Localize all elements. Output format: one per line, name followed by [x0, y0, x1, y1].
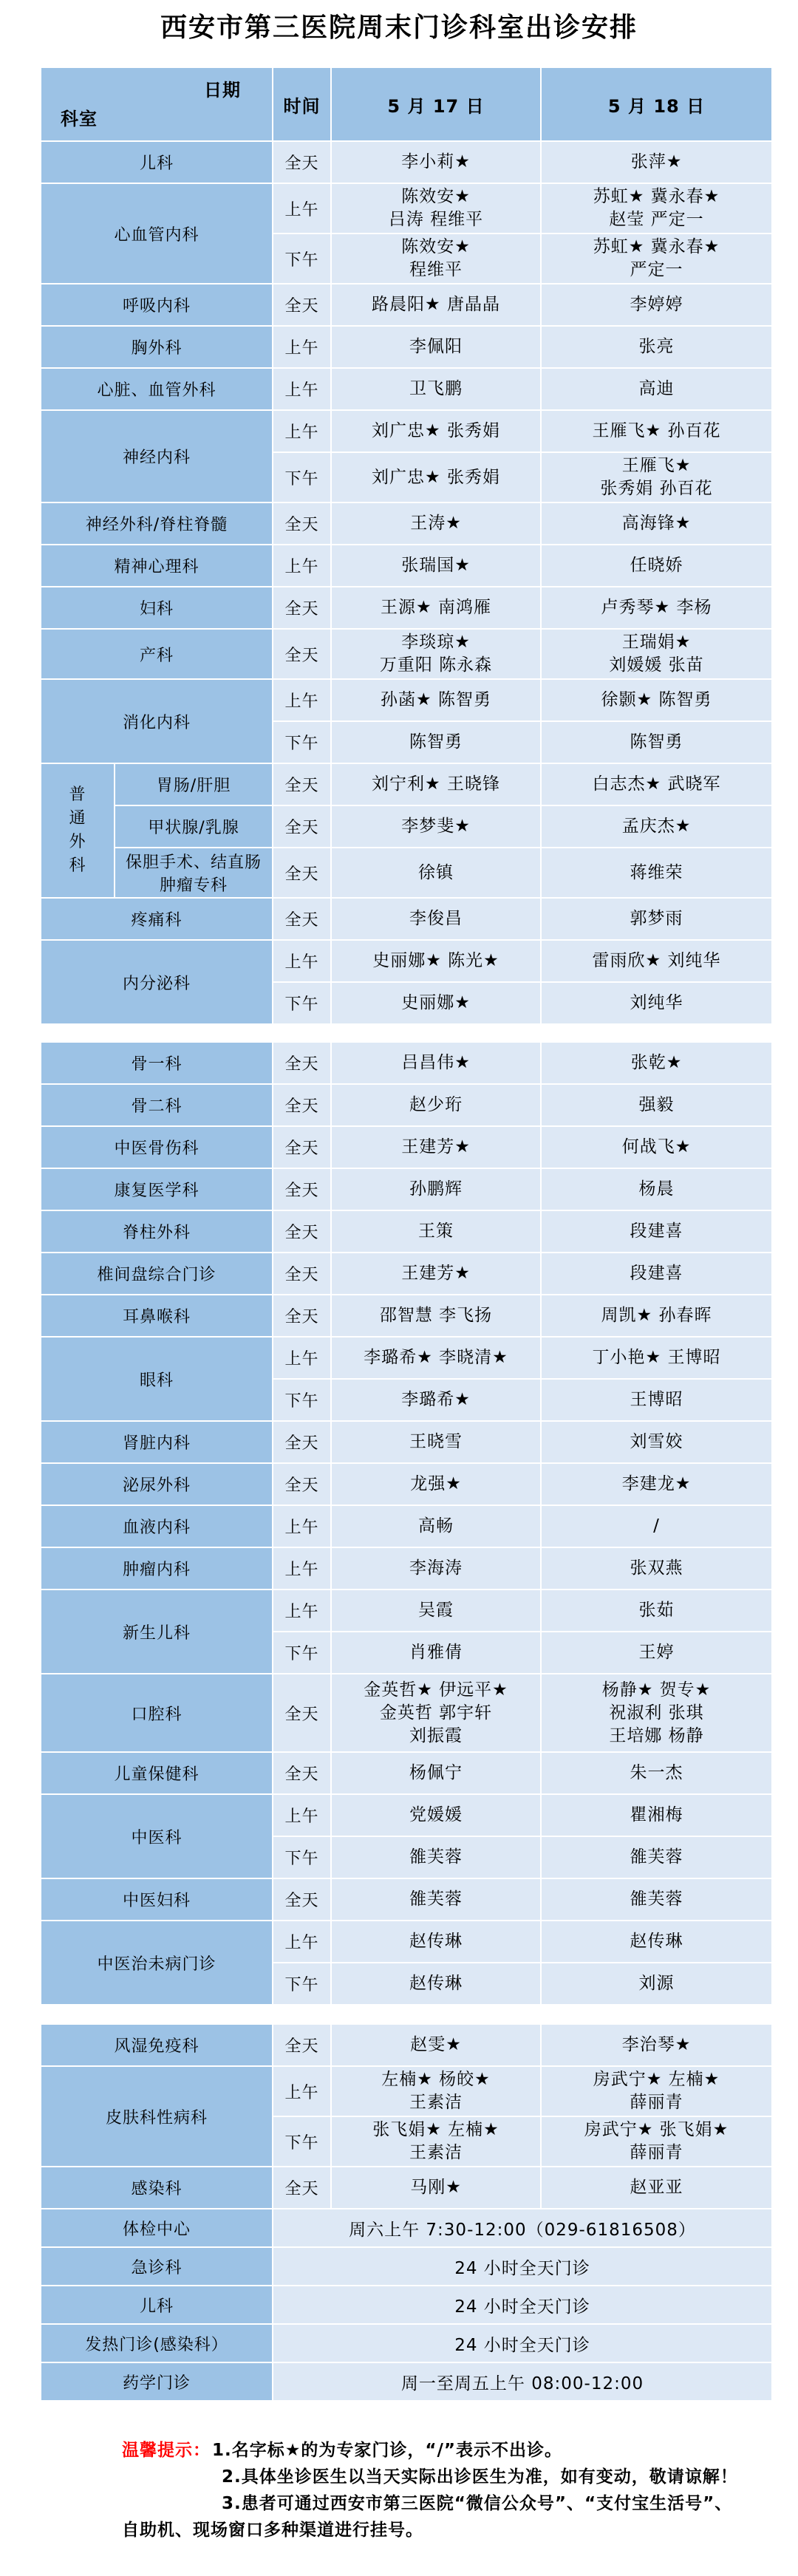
doctors-may18-cell: 杨晨: [541, 1168, 772, 1210]
doctors-may18-cell: 苏虹★ 冀永春★严定一: [541, 234, 772, 284]
schedule-span-cell: 24 小时全天门诊: [273, 2247, 772, 2286]
note-line: 温馨提示： 1.名字标★的为专家门诊，“/”表示不出诊。: [122, 2437, 757, 2464]
doctors-may18-cell: 张萍★: [541, 141, 772, 183]
table-row: 发热门诊(感染科）24 小时全天门诊: [41, 2324, 772, 2362]
schedule-table-body: 儿科全天李小莉★张萍★心血管内科上午陈效安★吕涛 程维平苏虹★ 冀永春★赵莹 严…: [41, 141, 772, 1024]
doctors-may18-cell: 朱一杰: [541, 1752, 772, 1794]
doctors-may18-cell: 何战飞★: [541, 1126, 772, 1168]
time-cell: 全天: [273, 1042, 331, 1084]
department-cell: 椎间盘综合门诊: [41, 1253, 273, 1295]
doctor-name-line: 左楠★ 杨皎★: [335, 2068, 537, 2091]
doctor-name-line: 史丽娜★: [335, 992, 537, 1015]
doctors-may17-cell: 陈效安★吕涛 程维平: [331, 183, 541, 234]
time-cell: 全天: [273, 1752, 331, 1794]
doctor-name-line: 张飞娟★ 左楠★: [335, 2119, 537, 2141]
department-cell: 胸外科: [41, 326, 273, 368]
schedule-span-cell: 周六上午 7:30-12:00（029-61816508）: [273, 2209, 772, 2247]
doctor-name-line: 雷雨欣★ 刘纯华: [545, 950, 768, 972]
doctors-may18-cell: 段建喜: [541, 1253, 772, 1295]
doctors-may18-cell: 雒芙蓉: [541, 1878, 772, 1921]
doctors-may18-cell: 杨静★ 贺专★祝淑利 张琪王培娜 杨静: [541, 1674, 772, 1752]
doctors-may17-cell: 陈智勇: [331, 721, 541, 763]
schedule-span-cell: 24 小时全天门诊: [273, 2286, 772, 2324]
doctor-name-line: 周凯★ 孙春晖: [545, 1304, 768, 1327]
department-cell: 内分泌科: [41, 940, 273, 1024]
doctors-may17-cell: 马刚★: [331, 2167, 541, 2209]
doctors-may18-cell: 李婷婷: [541, 284, 772, 326]
time-cell: 下午: [273, 1379, 331, 1421]
doctor-name-line: 王晓雪: [335, 1431, 537, 1454]
doctor-name-line: 王培娜 杨静: [545, 1725, 768, 1748]
time-cell: 全天: [273, 2167, 331, 2209]
time-column-header: 时间: [273, 67, 331, 141]
may18-column-header: 5 月 18 日: [541, 67, 772, 141]
time-cell: 全天: [273, 1674, 331, 1752]
time-cell: 下午: [273, 234, 331, 284]
doctor-name-line: 陈智勇: [335, 731, 537, 754]
doctor-name-line: 王素洁: [335, 2141, 537, 2164]
time-cell: 上午: [273, 1505, 331, 1547]
table-row: 脊柱外科全天王策段建喜: [41, 1210, 772, 1253]
table-row: 儿科全天李小莉★张萍★: [41, 141, 772, 183]
table-row: 椎间盘综合门诊全天王建芳★段建喜: [41, 1253, 772, 1295]
doctors-may17-cell: 王策: [331, 1210, 541, 1253]
time-cell: 上午: [273, 545, 331, 587]
doctor-name-line: 赵传琳: [335, 1972, 537, 1995]
doctor-name-line: 史丽娜★ 陈光★: [335, 950, 537, 972]
doctors-may18-cell: 孟庆杰★: [541, 805, 772, 848]
table-row: 神经内科上午刘广忠★ 张秀娟王雁飞★ 孙百花: [41, 410, 772, 452]
doctors-may17-cell: 路晨阳★ 唐晶晶: [331, 284, 541, 326]
department-cell: 肾脏内科: [41, 1421, 273, 1463]
time-cell: 全天: [273, 1084, 331, 1126]
time-cell: 全天: [273, 1878, 331, 1921]
table-row: 心血管内科上午陈效安★吕涛 程维平苏虹★ 冀永春★赵莹 严定一: [41, 183, 772, 234]
table-row: 耳鼻喉科全天邵智慧 李飞扬周凯★ 孙春晖: [41, 1295, 772, 1337]
doctor-name-line: 吕涛 程维平: [335, 208, 537, 231]
doctors-may18-cell: 王雁飞★张秀娟 孙百花: [541, 452, 772, 502]
department-cell: 康复医学科: [41, 1168, 273, 1210]
doctor-name-line: 郭梦雨: [545, 907, 768, 930]
doctors-may17-cell: 孙鹏辉: [331, 1168, 541, 1210]
time-cell: 下午: [273, 452, 331, 502]
doctor-name-line: 雒芙蓉: [545, 1846, 768, 1869]
doctors-may18-cell: 雒芙蓉: [541, 1836, 772, 1878]
time-cell: 全天: [273, 1210, 331, 1253]
time-cell: 上午: [273, 1921, 331, 1963]
doctor-name-line: 张亮: [545, 335, 768, 358]
table-row: 内分泌科上午史丽娜★ 陈光★雷雨欣★ 刘纯华: [41, 940, 772, 982]
doctors-may17-cell: 吕昌伟★: [331, 1042, 541, 1084]
doctors-may17-cell: 孙菡★ 陈智勇: [331, 679, 541, 721]
doctors-may18-cell: 王博昭: [541, 1379, 772, 1421]
department-cell: 感染科: [41, 2167, 273, 2209]
department-cell: 发热门诊(感染科）: [41, 2324, 273, 2362]
table-row: 呼吸内科全天路晨阳★ 唐晶晶李婷婷: [41, 284, 772, 326]
doctors-may18-cell: 李建龙★: [541, 1463, 772, 1505]
doctor-name-line: 段建喜: [545, 1262, 768, 1285]
doctor-name-line: 王源★ 南鸿雁: [335, 596, 537, 619]
department-cell: 精神心理科: [41, 545, 273, 587]
note-item-2: 2.具体坐诊医生以当天实际出诊医生为准，如有变动，敬请谅解！: [222, 2464, 738, 2490]
doctor-name-line: 李璐希★ 李晓清★: [335, 1346, 537, 1369]
department-cell: 儿科: [41, 141, 273, 183]
may17-column-header: 5 月 17 日: [331, 67, 541, 141]
doctor-name-line: 刘雪姣: [545, 1431, 768, 1454]
doctor-name-line: 肖雅倩: [335, 1641, 537, 1664]
doctor-name-line: 王博昭: [545, 1388, 768, 1411]
department-cell: 儿科: [41, 2286, 273, 2324]
table-row: 眼科上午李璐希★ 李晓清★丁小艳★ 王博昭: [41, 1337, 772, 1379]
time-cell: 上午: [273, 1547, 331, 1589]
doctor-name-line: 王雁飞★: [545, 454, 768, 477]
doctor-name-line: 苏虹★ 冀永春★: [545, 236, 768, 259]
doctors-may17-cell: 王建芳★: [331, 1253, 541, 1295]
doctor-name-line: 张双燕: [545, 1557, 768, 1580]
time-cell: 全天: [273, 805, 331, 848]
doctor-name-line: 孙鹏辉: [335, 1178, 537, 1201]
doctor-name-line: 陈效安★: [335, 185, 537, 208]
table-row: 中医科上午党媛媛瞿湘梅: [41, 1794, 772, 1836]
doctor-name-line: 刘媛媛 张苗: [545, 654, 768, 677]
doctors-may18-cell: 陈智勇: [541, 721, 772, 763]
time-cell: 上午: [273, 2066, 331, 2116]
department-cell: 产科: [41, 629, 273, 679]
doctors-may18-cell: 郭梦雨: [541, 898, 772, 940]
doctor-name-line: 孙菡★ 陈智勇: [335, 689, 537, 712]
table-row: 儿童保健科全天杨佩宁朱一杰: [41, 1752, 772, 1794]
doctor-name-line: 高迪: [545, 378, 768, 401]
doctor-name-line: 房武宁★ 左楠★: [545, 2068, 768, 2091]
doctor-name-line: 卫飞鹏: [335, 378, 537, 401]
doctor-name-line: 程维平: [335, 259, 537, 282]
time-cell: 上午: [273, 679, 331, 721]
group-label-char: 科: [41, 854, 114, 878]
doctors-may18-cell: 周凯★ 孙春晖: [541, 1295, 772, 1337]
doctor-name-line: 祝淑利 张琪: [545, 1702, 768, 1725]
time-cell: 全天: [273, 1421, 331, 1463]
group-label-char: 通: [41, 807, 114, 831]
department-cell: 中医妇科: [41, 1878, 273, 1921]
doctors-may17-cell: 王建芳★: [331, 1126, 541, 1168]
table-row: 产科全天李琰琼★万重阳 陈永森王瑞娟★刘媛媛 张苗: [41, 629, 772, 679]
doctor-name-line: 雒芙蓉: [335, 1846, 537, 1869]
department-cell: 血液内科: [41, 1505, 273, 1547]
department-cell: 风湿免疫科: [41, 2024, 273, 2066]
table-row: 皮肤科性病科上午左楠★ 杨皎★王素洁房武宁★ 左楠★薛丽青: [41, 2066, 772, 2116]
doctors-may18-cell: 赵传琳: [541, 1921, 772, 1963]
doctors-may17-cell: 王晓雪: [331, 1421, 541, 1463]
time-cell: 上午: [273, 1337, 331, 1379]
department-cell: 急诊科: [41, 2247, 273, 2286]
table-row: 感染科全天马刚★赵亚亚: [41, 2167, 772, 2209]
table-row: 风湿免疫科全天赵雯★李治琴★: [41, 2024, 772, 2066]
doctor-name-line: 段建喜: [545, 1220, 768, 1243]
doctor-name-line: 赵少珩: [335, 1094, 537, 1117]
department-cell: 儿童保健科: [41, 1752, 273, 1794]
doctors-may18-cell: 张茹: [541, 1589, 772, 1632]
department-cell: 骨一科: [41, 1042, 273, 1084]
doctor-name-line: 严定一: [545, 259, 768, 282]
doctors-may18-cell: 张乾★: [541, 1042, 772, 1084]
table-row: 儿科24 小时全天门诊: [41, 2286, 772, 2324]
department-cell: 神经外科/脊柱脊髓: [41, 502, 273, 545]
notes-section: 温馨提示： 1.名字标★的为专家门诊，“/”表示不出诊。 2.具体坐诊医生以当天…: [122, 2437, 757, 2543]
date-axis-label: 日期: [204, 75, 241, 101]
schedule-span-cell: 周一至周五上午 08:00-12:00: [273, 2362, 772, 2401]
doctors-may17-cell: 史丽娜★ 陈光★: [331, 940, 541, 982]
page-title: 西安市第三医院周末门诊科室出诊安排: [0, 10, 798, 46]
schedule-span-cell: 24 小时全天门诊: [273, 2324, 772, 2362]
group-label-char: 外: [41, 831, 114, 854]
doctor-name-line: 王雁飞★ 孙百花: [545, 420, 768, 443]
table-row: 甲状腺/乳腺全天李梦斐★孟庆杰★: [41, 805, 772, 848]
time-cell: 上午: [273, 183, 331, 234]
doctors-may17-cell: 吴霞: [331, 1589, 541, 1632]
doctors-may18-cell: 雷雨欣★ 刘纯华: [541, 940, 772, 982]
note-line: 自助机、现场窗口多种渠道进行挂号。: [122, 2517, 757, 2543]
doctors-may17-cell: 雒芙蓉: [331, 1836, 541, 1878]
note-item-1: 1.名字标★的为专家门诊，“/”表示不出诊。: [212, 2437, 562, 2464]
doctors-may18-cell: 李治琴★: [541, 2024, 772, 2066]
time-cell: 上午: [273, 368, 331, 410]
table-row: 疼痛科全天李俊昌郭梦雨: [41, 898, 772, 940]
doctors-may17-cell: 高畅: [331, 1505, 541, 1547]
doctors-may17-cell: 李佩阳: [331, 326, 541, 368]
department-cell: 疼痛科: [41, 898, 273, 940]
table-row: 精神心理科上午张瑞国★任晓娇: [41, 545, 772, 587]
doctors-may17-cell: 左楠★ 杨皎★王素洁: [331, 2066, 541, 2116]
department-cell: 中医治未病门诊: [41, 1921, 273, 2005]
doctors-may17-cell: 雒芙蓉: [331, 1878, 541, 1921]
doctors-may17-cell: 李海涛: [331, 1547, 541, 1589]
header-row: 日期 科室 时间 5 月 17 日 5 月 18 日: [41, 67, 772, 141]
doctors-may18-cell: 白志杰★ 武晓军: [541, 763, 772, 805]
doctor-name-line: 刘广忠★ 张秀娟: [335, 420, 537, 443]
doctors-may17-cell: 赵传琳: [331, 1963, 541, 2005]
doctors-may17-cell: 王源★ 南鸿雁: [331, 587, 541, 629]
doctor-name-line: 王建芳★: [335, 1262, 537, 1285]
time-cell: 上午: [273, 326, 331, 368]
doctors-may17-cell: 刘广忠★ 张秀娟: [331, 452, 541, 502]
doctors-may17-cell: 史丽娜★: [331, 982, 541, 1024]
doctor-name-line: 赵莹 严定一: [545, 208, 768, 231]
table-row: 骨二科全天赵少珩强毅: [41, 1084, 772, 1126]
doctor-name-line: 金英哲 郭宇轩: [335, 1702, 537, 1725]
doctors-may17-cell: 张瑞国★: [331, 545, 541, 587]
doctors-may17-cell: 陈效安★程维平: [331, 234, 541, 284]
doctor-name-line: 刘振霞: [335, 1725, 537, 1748]
table-row: 胸外科上午李佩阳张亮: [41, 326, 772, 368]
doctors-may18-cell: 王雁飞★ 孙百花: [541, 410, 772, 452]
time-cell: 下午: [273, 2116, 331, 2167]
doctor-name-line: 李海涛: [335, 1557, 537, 1580]
table-row: 口腔科全天金英哲★ 伊远平★金英哲 郭宇轩刘振霞杨静★ 贺专★祝淑利 张琪王培娜…: [41, 1674, 772, 1752]
table-row: 中医妇科全天雒芙蓉雒芙蓉: [41, 1878, 772, 1921]
doctor-name-line: 徐镇: [335, 862, 537, 885]
table-row: 妇科全天王源★ 南鸿雁卢秀琴★ 李杨: [41, 587, 772, 629]
doctors-may17-cell: 金英哲★ 伊远平★金英哲 郭宇轩刘振霞: [331, 1674, 541, 1752]
doctors-may18-cell: 刘纯华: [541, 982, 772, 1024]
time-cell: 上午: [273, 940, 331, 982]
doctors-may17-cell: 杨佩宁: [331, 1752, 541, 1794]
doctors-may17-cell: 李俊昌: [331, 898, 541, 940]
doctor-name-line: 房武宁★ 张飞娟★: [545, 2119, 768, 2141]
doctor-name-line: 张瑞国★: [335, 554, 537, 577]
doctors-may18-cell: 张双燕: [541, 1547, 772, 1589]
doctor-name-line: 李俊昌: [335, 907, 537, 930]
doctor-name-line: 张秀娟 孙百花: [545, 477, 768, 500]
department-cell: 体检中心: [41, 2209, 273, 2247]
doctors-may18-cell: 刘雪姣: [541, 1421, 772, 1463]
table-row: 中医骨伤科全天王建芳★何战飞★: [41, 1126, 772, 1168]
doctor-name-line: 杨佩宁: [335, 1762, 537, 1785]
table-row: 血液内科上午高畅/: [41, 1505, 772, 1547]
doctors-may18-cell: /: [541, 1505, 772, 1547]
doctor-name-line: 赵传琳: [335, 1930, 537, 1953]
department-cell: 脊柱外科: [41, 1210, 273, 1253]
doctor-name-line: 张萍★: [545, 151, 768, 174]
time-cell: 上午: [273, 1794, 331, 1836]
doctor-name-line: 雒芙蓉: [545, 1888, 768, 1911]
table-row: 保胆手术、结直肠肿瘤专科全天徐镇蒋维荣: [41, 848, 772, 898]
table-row: 心脏、血管外科上午卫飞鹏高迪: [41, 368, 772, 410]
time-cell: 上午: [273, 410, 331, 452]
department-cell: 耳鼻喉科: [41, 1295, 273, 1337]
doctor-name-line: 张茹: [545, 1599, 768, 1622]
doctors-may17-cell: 赵传琳: [331, 1921, 541, 1963]
note-line: 3.患者可通过西安市第三医院“微信公众号”、“支付宝生活号”、: [122, 2490, 757, 2517]
table-row: 肾脏内科全天王晓雪刘雪姣: [41, 1421, 772, 1463]
doctors-may18-cell: 刘源: [541, 1963, 772, 2005]
doctor-name-line: 路晨阳★ 唐晶晶: [335, 293, 537, 316]
doctor-name-line: 丁小艳★ 王博昭: [545, 1346, 768, 1369]
doctor-name-line: 杨晨: [545, 1178, 768, 1201]
department-cell: 妇科: [41, 587, 273, 629]
doctor-name-line: 李建龙★: [545, 1473, 768, 1496]
schedule-poster: 西安市第三医院周末门诊科室出诊安排 日期 科室 时间 5 月 17 日 5 月 …: [0, 10, 798, 2543]
doctors-may17-cell: 赵雯★: [331, 2024, 541, 2066]
doctors-may17-cell: 邵智慧 李飞扬: [331, 1295, 541, 1337]
time-cell: 下午: [273, 1632, 331, 1674]
note-line: 2.具体坐诊医生以当天实际出诊医生为准，如有变动，敬请谅解！: [122, 2464, 757, 2490]
corner-cell: 日期 科室: [41, 67, 273, 141]
department-cell: 骨二科: [41, 1084, 273, 1126]
doctors-may18-cell: 赵亚亚: [541, 2167, 772, 2209]
table-row: 肿瘤内科上午李海涛张双燕: [41, 1547, 772, 1589]
doctor-name-line: 王婷: [545, 1641, 768, 1664]
doctor-name-line: 李婷婷: [545, 293, 768, 316]
doctor-name-line: 党媛媛: [335, 1804, 537, 1827]
doctors-may17-cell: 张飞娟★ 左楠★王素洁: [331, 2116, 541, 2167]
table-row: 体检中心周六上午 7:30-12:00（029-61816508）: [41, 2209, 772, 2247]
doctors-may17-cell: 刘宁利★ 王晓锋: [331, 763, 541, 805]
doctors-may18-cell: 高海锋★: [541, 502, 772, 545]
doctors-may18-cell: 房武宁★ 张飞娟★薛丽青: [541, 2116, 772, 2167]
department-cell: 消化内科: [41, 679, 273, 763]
doctor-name-line: 李治琴★: [545, 2034, 768, 2057]
doctors-may18-cell: 瞿湘梅: [541, 1794, 772, 1836]
doctor-name-line: 任晓娇: [545, 554, 768, 577]
doctors-may18-cell: 王婷: [541, 1632, 772, 1674]
department-cell: 眼科: [41, 1337, 273, 1421]
doctors-may18-cell: 王瑞娟★刘媛媛 张苗: [541, 629, 772, 679]
department-cell: 皮肤科性病科: [41, 2066, 273, 2167]
doctor-name-line: 陈效安★: [335, 236, 537, 259]
doctors-may17-cell: 李小莉★: [331, 141, 541, 183]
doctors-may18-cell: 高迪: [541, 368, 772, 410]
notes-label: 温馨提示：: [122, 2437, 211, 2464]
doctor-name-line: 万重阳 陈永森: [335, 654, 537, 677]
time-cell: 下午: [273, 721, 331, 763]
doctors-may18-cell: 苏虹★ 冀永春★赵莹 严定一: [541, 183, 772, 234]
time-cell: 全天: [273, 763, 331, 805]
doctor-name-line: 王建芳★: [335, 1136, 537, 1159]
group-label-char: 普: [41, 783, 114, 807]
doctors-may17-cell: 徐镇: [331, 848, 541, 898]
department-cell: 甲状腺/乳腺: [115, 805, 273, 848]
time-cell: 全天: [273, 898, 331, 940]
doctors-may17-cell: 李璐希★ 李晓清★: [331, 1337, 541, 1379]
doctor-name-line: 薛丽青: [545, 2141, 768, 2164]
doctors-may17-cell: 肖雅倩: [331, 1632, 541, 1674]
doctors-may17-cell: 赵少珩: [331, 1084, 541, 1126]
time-cell: 全天: [273, 629, 331, 679]
time-cell: 全天: [273, 1295, 331, 1337]
table-row: 普通外科胃肠/肝胆全天刘宁利★ 王晓锋白志杰★ 武晓军: [41, 763, 772, 805]
doctors-may18-cell: 丁小艳★ 王博昭: [541, 1337, 772, 1379]
doctor-name-line: 刘纯华: [545, 992, 768, 1015]
table-row: 骨一科全天吕昌伟★张乾★: [41, 1042, 772, 1084]
doctor-name-line: 白志杰★ 武晓军: [545, 773, 768, 796]
doctor-name-line: 何战飞★: [545, 1136, 768, 1159]
time-cell: 全天: [273, 1463, 331, 1505]
doctors-may18-cell: 段建喜: [541, 1210, 772, 1253]
doctor-name-line: 刘广忠★ 张秀娟: [335, 466, 537, 489]
table-row: 新生儿科上午吴霞张茹: [41, 1589, 772, 1632]
doctor-name-line: 张乾★: [545, 1052, 768, 1074]
doctor-name-line: 李小莉★: [335, 151, 537, 174]
doctors-may17-cell: 卫飞鹏: [331, 368, 541, 410]
doctors-may18-cell: 强毅: [541, 1084, 772, 1126]
department-cell: 口腔科: [41, 1674, 273, 1752]
doctor-name-line: 马刚★: [335, 2176, 537, 2199]
time-cell: 上午: [273, 1589, 331, 1632]
department-cell: 心脏、血管外科: [41, 368, 273, 410]
doctor-name-line: 高海锋★: [545, 512, 768, 535]
note-item-3-continued: 自助机、现场窗口多种渠道进行挂号。: [122, 2517, 423, 2543]
table-row: 康复医学科全天孙鹏辉杨晨: [41, 1168, 772, 1210]
doctor-name-line: 王策: [335, 1220, 537, 1243]
doctors-may18-cell: 蒋维荣: [541, 848, 772, 898]
time-cell: 全天: [273, 2024, 331, 2066]
doctor-name-line: 李璐希★: [335, 1388, 537, 1411]
doctor-name-line: 刘宁利★ 王晓锋: [335, 773, 537, 796]
doctors-may18-cell: 张亮: [541, 326, 772, 368]
department-cell: 泌尿外科: [41, 1463, 273, 1505]
table-row: 药学门诊周一至周五上午 08:00-12:00: [41, 2362, 772, 2401]
doctor-name-line: 邵智慧 李飞扬: [335, 1304, 537, 1327]
doctor-name-line: 苏虹★ 冀永春★: [545, 185, 768, 208]
doctor-name-line: 蒋维荣: [545, 862, 768, 885]
doctors-may18-cell: 徐颢★ 陈智勇: [541, 679, 772, 721]
doctors-may17-cell: 李梦斐★: [331, 805, 541, 848]
table-row: 泌尿外科全天龙强★李建龙★: [41, 1463, 772, 1505]
schedule-table-body: 风湿免疫科全天赵雯★李治琴★皮肤科性病科上午左楠★ 杨皎★王素洁房武宁★ 左楠★…: [41, 2024, 772, 2401]
time-cell: 全天: [273, 848, 331, 898]
doctor-name-line: 赵传琳: [545, 1930, 768, 1953]
doctors-may18-cell: 任晓娇: [541, 545, 772, 587]
